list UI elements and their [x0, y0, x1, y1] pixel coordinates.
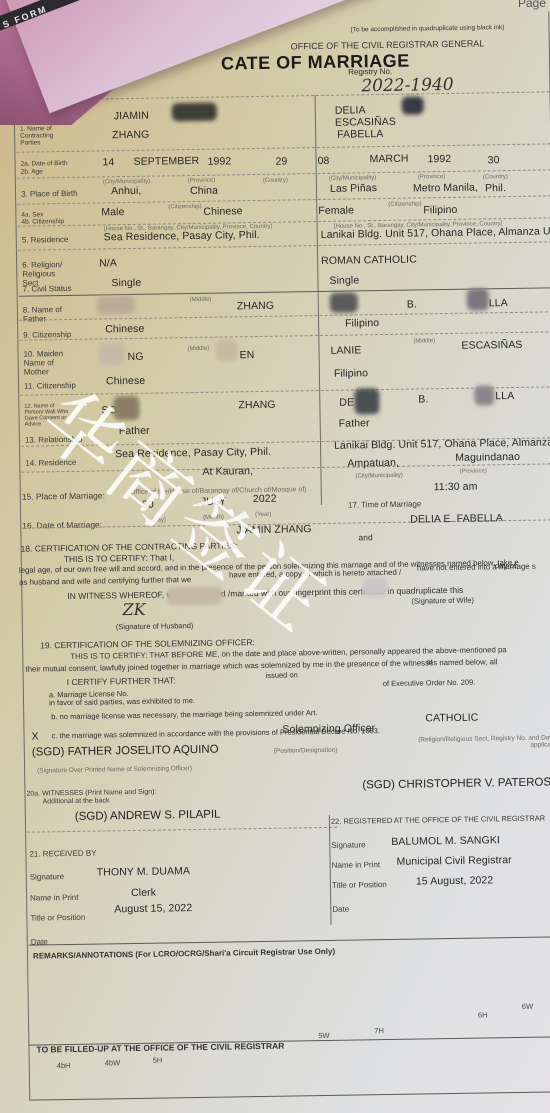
cert-at: at [426, 657, 432, 666]
option-b: b. no marriage license was necessary, th… [51, 708, 317, 721]
wife-last-name: FABELLA [337, 128, 383, 141]
husband-dob-year: 1992 [207, 155, 231, 167]
cert-and: and [358, 532, 372, 542]
redacted-block [215, 339, 237, 361]
registrar-code: 5W [318, 1031, 329, 1040]
received-title-label: Title or Position [30, 913, 85, 923]
hint-place: (Office of the/House of/Barangay of/Chur… [128, 486, 307, 496]
husband-consent-relationship: Father [119, 425, 150, 437]
hint-city: (City/Municipality) [329, 175, 376, 182]
registered-date-label: Date [332, 905, 349, 914]
document-photo: Page (To be accomplished in quadruplicat… [0, 0, 550, 1113]
cert-wife-name: DELIA E. FABELLA [410, 512, 503, 525]
redacted-block [402, 96, 424, 114]
registered-title-value: 15 August, 2022 [416, 874, 494, 887]
hint-middle: (Middle) [190, 297, 212, 303]
hint-middle: (Middle) [413, 338, 435, 344]
wife-mother-last: ESCASIÑAS [461, 339, 522, 352]
received-signature-label: Signature [30, 872, 64, 882]
husband-residence: Sea Residence, Pasay City, Phil. [104, 229, 260, 243]
hint-day: (Day) [151, 517, 166, 523]
witnesses-sub: Additional at the back [43, 796, 110, 806]
column-divider [329, 815, 332, 925]
wife-dob-day: 08 [317, 155, 329, 167]
registered-heading: 22. REGISTERED AT THE OFFICE OF THE CIVI… [331, 814, 545, 826]
officer-religion: CATHOLIC [425, 712, 478, 725]
wife-age: 30 [487, 154, 499, 166]
registrar-code: 4bH [57, 1061, 71, 1070]
row-15-label: 15. Place of Marriage: [22, 491, 105, 501]
row-10-label: 10. Maiden Name of Mother [23, 349, 73, 377]
registered-signature-value: BALUMOL M. SANGKI [391, 834, 500, 848]
husband-mother-last: EN [240, 349, 255, 361]
registrar-box-heading: TO BE FILLED-UP AT THE OFFICE OF THE CIV… [36, 1041, 284, 1055]
marriage-place-office: At Kauran, [202, 465, 253, 478]
husband-dob-day: 14 [102, 156, 114, 168]
wife-dob-year: 1992 [427, 153, 451, 165]
wife-sex: Female [318, 204, 354, 217]
hint-province: (Province) [418, 174, 445, 180]
row-17-label: 17. Time of Marriage [348, 499, 422, 509]
divider [18, 241, 550, 250]
bottom-border [29, 1091, 550, 1100]
husband-age: 29 [275, 156, 287, 168]
row-13-label: 13. Relationship [25, 435, 83, 445]
husband-consent-last: ZHANG [238, 399, 275, 412]
wife-mother-citizenship: Filipino [334, 367, 368, 380]
hint-month: (Month) [203, 515, 224, 521]
wife-citizenship: Filipino [423, 204, 457, 217]
wife-dob-month: MARCH [369, 153, 408, 166]
registrar-code: 4bW [105, 1058, 121, 1067]
hint-citizenship: (Citizenship) [168, 204, 201, 211]
registrar-code: 6W [522, 1002, 533, 1011]
wife-mother-first: LANIE [330, 344, 361, 356]
redacted-block [98, 343, 124, 365]
divider [16, 143, 550, 152]
husband-dob-month: SEPTEMBER [133, 155, 199, 168]
received-name-label: Name in Print [30, 893, 79, 903]
marriage-month: JULY [201, 496, 226, 508]
row-7-label: 7. Civil Status [22, 284, 71, 294]
wife-father-citizenship: Filipino [345, 317, 379, 330]
received-name-value: Clerk [131, 887, 156, 899]
cert-parties-heading: 18. CERTIFICATION OF THE CONTRACTING PAR… [21, 540, 238, 553]
wife-birth-province: Metro Manila, [413, 182, 478, 195]
witness-2-name: (SGD) CHRISTOPHER V. PATEROS [362, 776, 550, 791]
cert-husband-name: JIAMIN ZHANG [236, 523, 311, 536]
sig-wife-caption: (Signature of Wife) [411, 596, 474, 606]
officer-religion-caption: (Religion/Religious Sect, Registry No. a… [417, 734, 550, 750]
redacted-block [113, 396, 139, 420]
husband-consent-residence: Sea Residence, Pasay City, Phil. [115, 446, 271, 460]
marriage-place-city: Ampatuan, [347, 457, 399, 470]
hint-middle: (Middle) [187, 346, 209, 352]
sig-husband-caption: (Signature of Husband) [116, 621, 194, 631]
officer-name-caption: (Signature Over Printed Name of Solemniz… [37, 765, 192, 774]
hint-country: (Country) [263, 178, 288, 184]
hint-city: (City/Municipality) [355, 473, 402, 480]
wife-middle-name: ESCASIÑAS [335, 116, 396, 129]
cert-issued-on: issued on [266, 670, 298, 680]
option-b-suffix: of Executive Order No. 209. [383, 678, 476, 688]
divider [27, 827, 337, 833]
husband-mother-citizenship: Chinese [106, 375, 145, 388]
hint-citizenship: (Citizenship) [388, 201, 421, 208]
husband-religion: N/A [99, 257, 117, 269]
husband-civil-status: Single [111, 277, 141, 289]
row-11-label: 11. Citizenship [24, 381, 76, 391]
husband-mother-first: NG [128, 351, 144, 363]
registrar-code: 7H [374, 1026, 384, 1035]
option-a-line2: in favor of said parties, was exhibited … [49, 696, 195, 707]
remarks-heading: REMARKS/ANNOTATIONS (For LCRO/OCRG/Shari… [33, 947, 335, 961]
marriage-year: 2022 [253, 493, 277, 505]
cert-parties-line3: as husband and wife and certifying furth… [19, 575, 191, 587]
husband-birth-city: Anhui, [111, 185, 142, 197]
redacted-block [362, 578, 387, 596]
cert-day-of: day of [495, 561, 516, 570]
received-heading: 21. RECEIVED BY [29, 849, 96, 859]
registrar-code: 6H [478, 1010, 488, 1019]
officer-position-caption: (Position/Designation) [274, 747, 338, 755]
wife-father-middle: B. [407, 298, 417, 310]
wife-birth-city: Las Piñas [330, 182, 377, 195]
redacted-block [467, 288, 489, 310]
cert-parties-witness-line: IN WITNESS WHEREOF, we have signed /mark… [67, 585, 463, 601]
redacted-block [474, 385, 494, 405]
officer-name: (SGD) FATHER JOSELITO AQUINO [32, 744, 219, 759]
row-3-label: 3. Place of Birth [21, 189, 78, 199]
cert-parties-line3c: have not entered into a marriage s [417, 562, 536, 573]
divider [20, 386, 550, 395]
wife-consent-middle: B. [418, 393, 428, 405]
divider [17, 195, 550, 204]
hint-province: (Province) [459, 468, 486, 474]
hint-year: (Year) [255, 512, 271, 518]
registered-name-value: Municipal Civil Registrar [396, 854, 511, 868]
received-signature-value: THONY M. DUAMA [97, 865, 191, 878]
wife-consent-last: LLA [495, 390, 514, 402]
marriage-day: 30 [142, 499, 154, 511]
redacted-block [354, 388, 379, 414]
row-5-label: 5. Residence [22, 235, 69, 245]
husband-birth-province: China [190, 185, 218, 197]
row-16-label: 16. Date of Marriage: [22, 520, 102, 530]
wife-residence: Lanikai Bldg. Unit 517, Ohana Place, Alm… [321, 225, 550, 241]
wife-civil-status: Single [329, 274, 359, 286]
redacted-block [167, 587, 222, 606]
wife-consent-residence: Lanikai Bldg. Unit 517, Ohana Place, Alm… [334, 436, 550, 451]
row-8-label: 8. Name of Father [23, 305, 63, 324]
redacted-block [172, 103, 217, 122]
husband-father-last: ZHANG [237, 300, 274, 313]
wife-first-name: DELIA [335, 104, 366, 116]
row-12-label: 12. Name of Person/ Wali Who Gave Consen… [24, 403, 74, 428]
row-2b-label: 2b. Age [21, 167, 43, 176]
registrar-code: 5H [153, 1056, 163, 1065]
husband-last-name: ZHANG [112, 129, 149, 142]
officer-position: Solemnizing Officer [282, 722, 375, 735]
redacted-block [330, 292, 358, 312]
row-1-label: 1. Name of Contracting Parties [20, 125, 60, 147]
redacted-block [97, 296, 135, 315]
marriage-place-province: Maguindanao [455, 451, 520, 464]
instruction-text: (To be accomplished in quadruplicate usi… [350, 24, 504, 33]
husband-signature: ZK [122, 600, 145, 619]
hint-country: (Country) [483, 174, 508, 180]
witness-1-name: (SGD) ANDREW S. PILAPIL [75, 809, 221, 823]
husband-father-citizenship: Chinese [105, 323, 144, 336]
registered-name-label: Name in Print [332, 860, 381, 870]
wife-birth-country: Phil. [485, 182, 506, 194]
option-c-checkmark: X [31, 730, 38, 742]
wife-consent-first: DE [339, 396, 354, 408]
husband-sex: Male [101, 206, 124, 218]
registered-title-label: Title or Position [332, 880, 387, 890]
husband-first-name: JIAMIN [114, 110, 149, 123]
cert-officer-heading: 19. CERTIFICATION OF THE SOLEMNIZING OFF… [40, 637, 255, 650]
divider [29, 936, 550, 945]
marriage-time: 11:30 am [434, 481, 478, 494]
marriage-certificate-form: (To be accomplished in quadruplicate usi… [0, 0, 550, 1113]
hint-province: (Province) [188, 178, 215, 184]
husband-citizenship: Chinese [203, 205, 242, 218]
cert-parties-line1: THIS IS TO CERTIFY: That I, [64, 552, 175, 564]
wife-religion: ROMAN CATHOLIC [321, 253, 417, 267]
registered-signature-label: Signature [331, 840, 365, 850]
wife-consent-relationship: Father [339, 417, 370, 429]
row-14-label: 14. Residence [25, 458, 76, 468]
received-title-value: August 15, 2022 [114, 902, 192, 915]
wife-father-last: LLA [489, 297, 508, 309]
cert-further: I CERTIFY FURTHER THAT: [67, 675, 176, 687]
agency-text: OFFICE OF THE CIVIL REGISTRAR GENERAL [291, 38, 485, 51]
